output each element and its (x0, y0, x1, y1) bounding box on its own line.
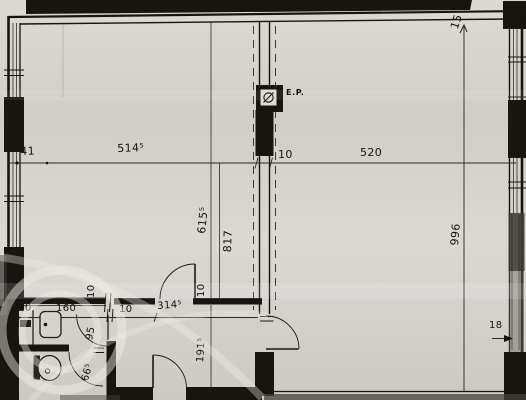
dim-label-10-door: 10 (197, 283, 207, 297)
dim-label-160: 160 (56, 304, 76, 314)
sink (40, 312, 61, 338)
dim-label-520: 520 (360, 147, 382, 158)
dim-label-996: 996 (449, 223, 462, 246)
left-wall (0, 16, 24, 400)
dim-label-817: 817 (222, 230, 234, 253)
dim-label-314: 314⁵ (157, 300, 182, 312)
dim-label-20: 20 (18, 303, 32, 314)
dim-label-514: 514⁵ (117, 142, 144, 154)
dim-label-10-corridor: 10 (119, 305, 133, 315)
dim-label-18: 18 (489, 321, 503, 331)
dim-label-10-top: 10 (278, 149, 293, 160)
right-wall (504, 10, 526, 400)
ep-label: E.P. (286, 89, 304, 97)
bottom-wall (60, 387, 526, 400)
dim-label-191: 191⁵ (196, 337, 208, 362)
scan-artifacts (0, 22, 526, 299)
floorplan-drawing (0, 0, 526, 400)
floor-plan-scan: 41 514⁵ 10 520 15 615⁵ 817 996 10 10 20 … (0, 0, 526, 400)
dim-label-615: 615⁵ (196, 206, 210, 234)
dim-label-41: 41 (20, 145, 35, 157)
dim-label-10-wall: 10 (87, 284, 97, 298)
center-wall (254, 22, 276, 396)
toilet (34, 356, 62, 381)
